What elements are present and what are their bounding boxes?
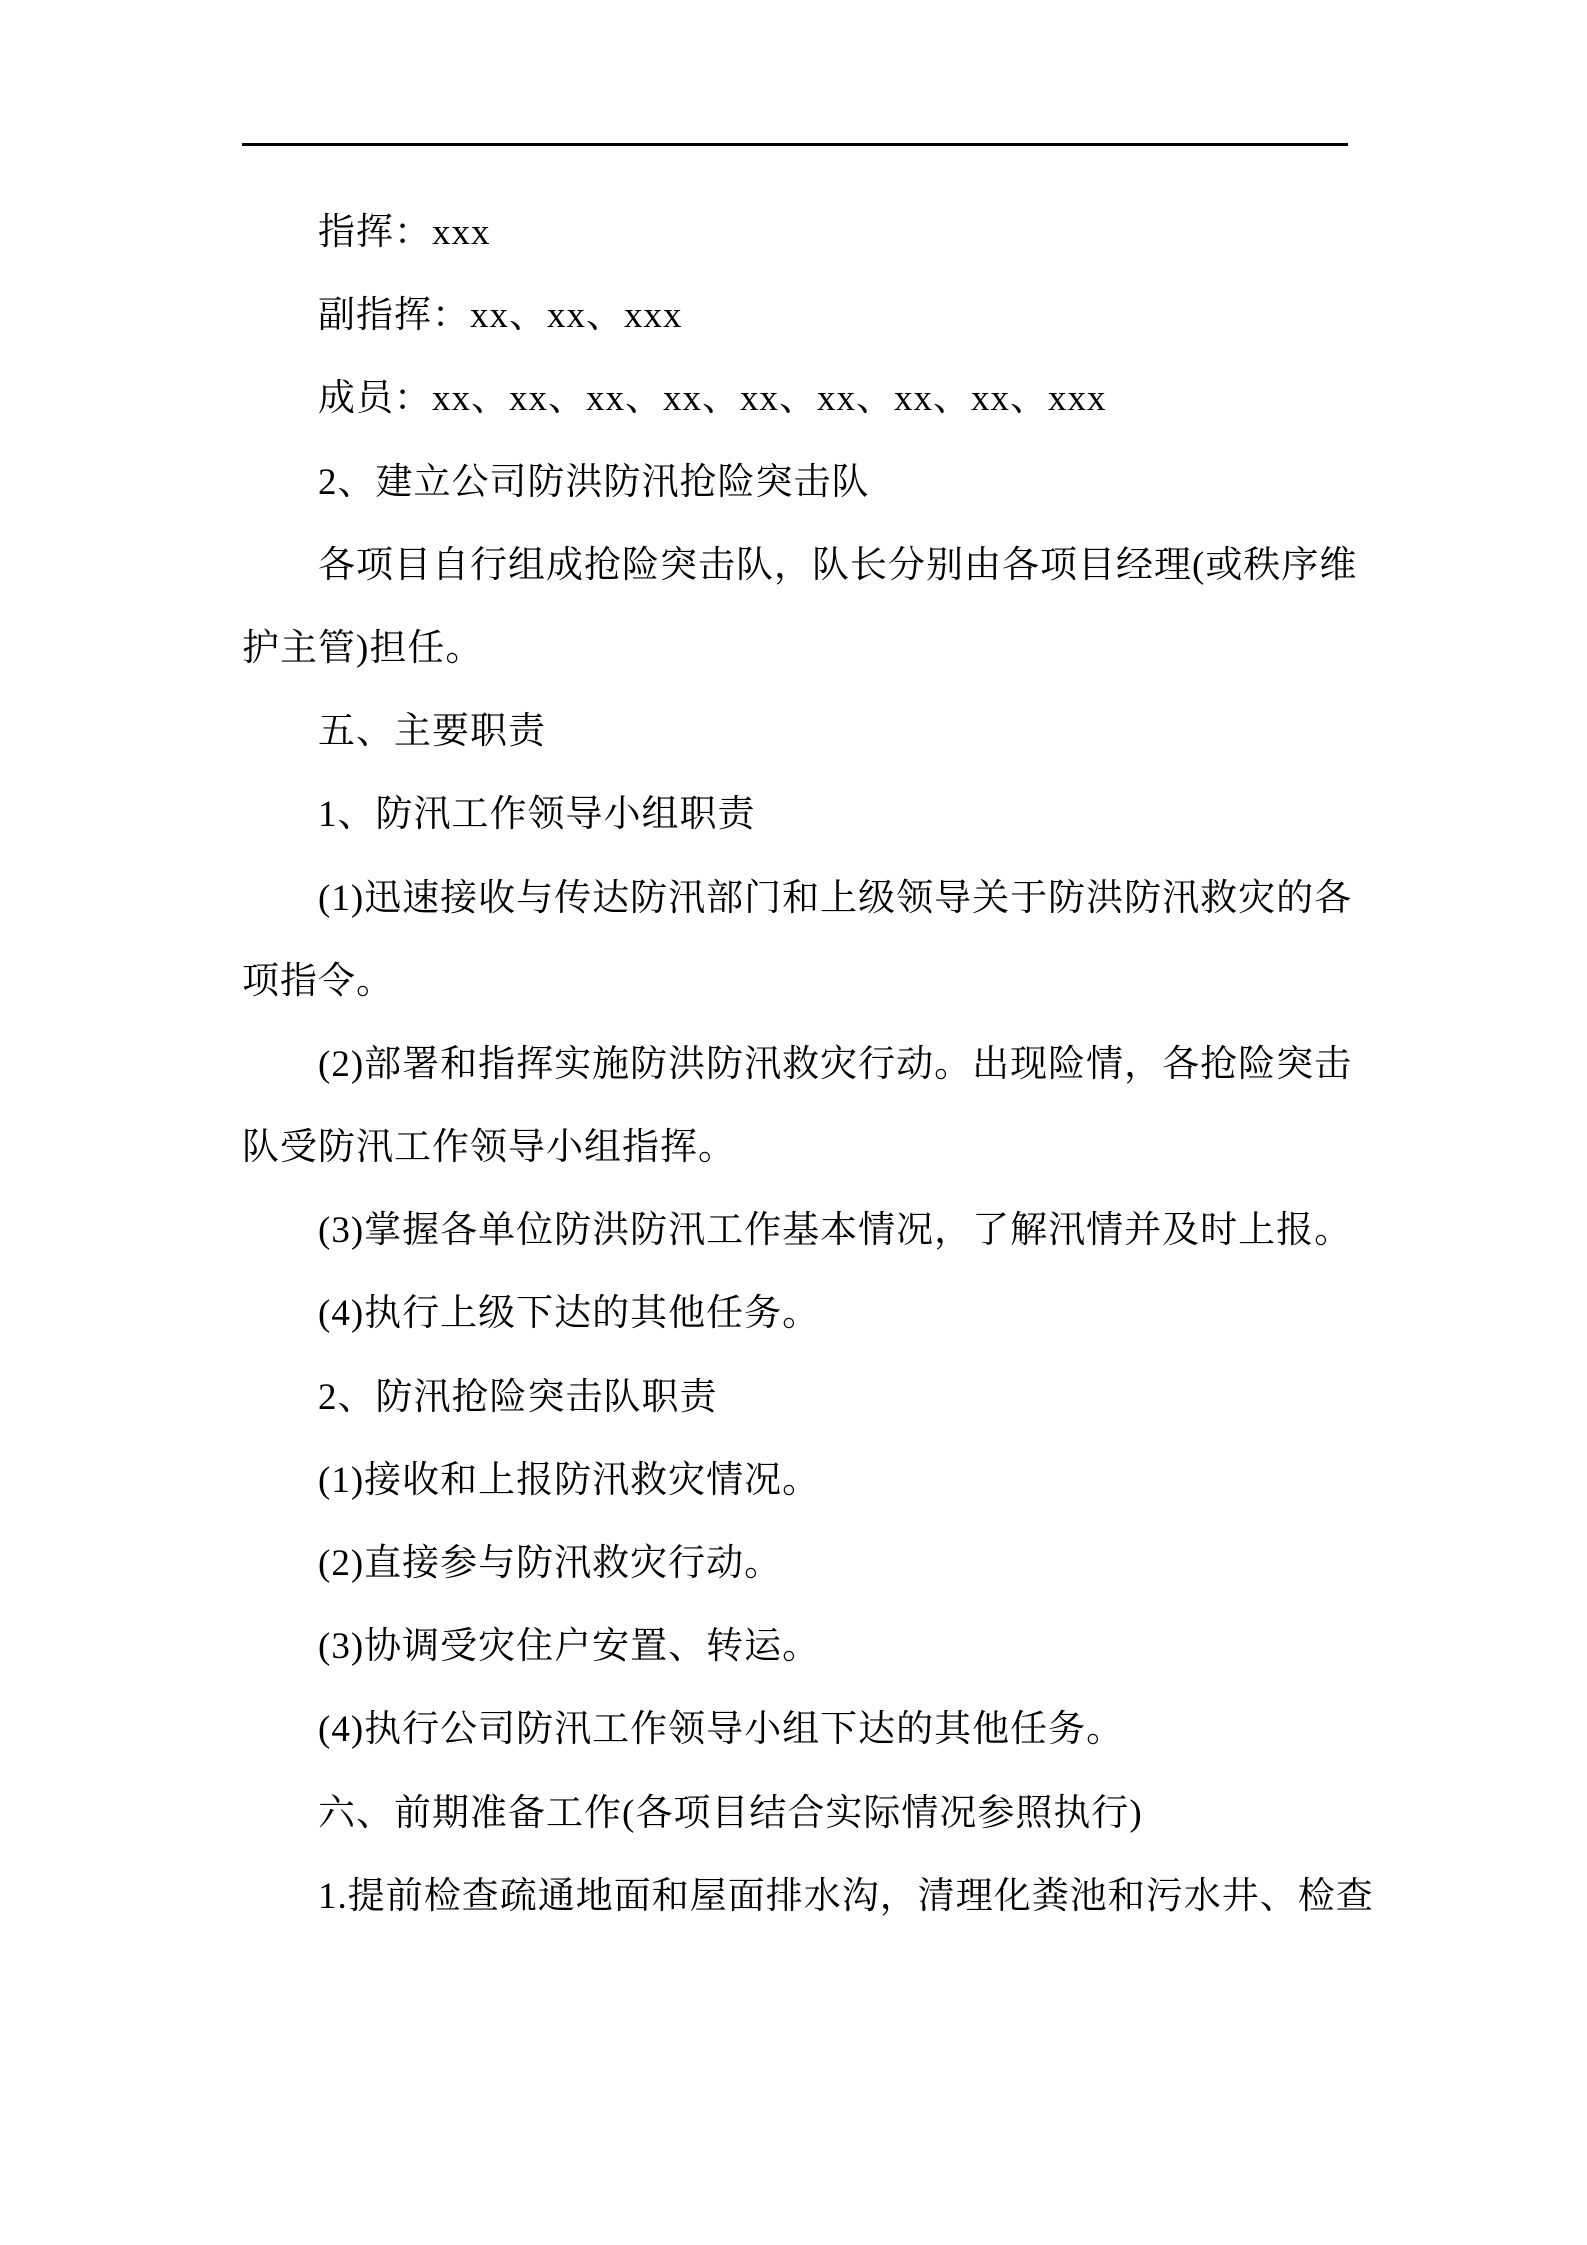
text-line: 队受防汛工作领导小组指挥。 (242, 1106, 1358, 1189)
text-line: (4)执行公司防汛工作领导小组下达的其他任务。 (242, 1688, 1358, 1771)
text-line: 成员：xx、xx、xx、xx、xx、xx、xx、xx、xxx (242, 357, 1358, 440)
text-line: 项指令。 (242, 940, 1358, 1023)
text-line: 2、建立公司防洪防汛抢险突击队 (242, 441, 1358, 524)
text-line: 1.提前检查疏通地面和屋面排水沟，清理化粪池和污水井、检查 (242, 1855, 1358, 1938)
text-line: (1)接收和上报防汛救灾情况。 (242, 1439, 1358, 1522)
text-line: 五、主要职责 (242, 690, 1358, 773)
text-line: 指挥：xxx (242, 191, 1358, 274)
text-line: 2、防汛抢险突击队职责 (242, 1356, 1358, 1439)
document-page: 指挥：xxx副指挥：xx、xx、xxx成员：xx、xx、xx、xx、xx、xx、… (0, 0, 1587, 2245)
text-line: (2)部署和指挥实施防洪防汛救灾行动。出现险情，各抢险突击 (242, 1023, 1358, 1106)
text-line: (3)协调受灾住户安置、转运。 (242, 1605, 1358, 1688)
text-line: (2)直接参与防汛救灾行动。 (242, 1522, 1358, 1605)
text-line: 六、前期准备工作(各项目结合实际情况参照执行) (242, 1772, 1358, 1855)
text-line: (1)迅速接收与传达防汛部门和上级领导关于防洪防汛救灾的各 (242, 857, 1358, 940)
document-body: 指挥：xxx副指挥：xx、xx、xxx成员：xx、xx、xx、xx、xx、xx、… (242, 191, 1358, 1938)
text-line: (4)执行上级下达的其他任务。 (242, 1272, 1358, 1355)
text-line: (3)掌握各单位防洪防汛工作基本情况，了解汛情并及时上报。 (242, 1189, 1358, 1272)
text-line: 副指挥：xx、xx、xxx (242, 274, 1358, 357)
text-line: 护主管)担任。 (242, 607, 1358, 690)
text-line: 各项目自行组成抢险突击队，队长分别由各项目经理(或秩序维 (242, 524, 1358, 607)
text-line: 1、防汛工作领导小组职责 (242, 773, 1358, 856)
header-rule (242, 143, 1348, 146)
